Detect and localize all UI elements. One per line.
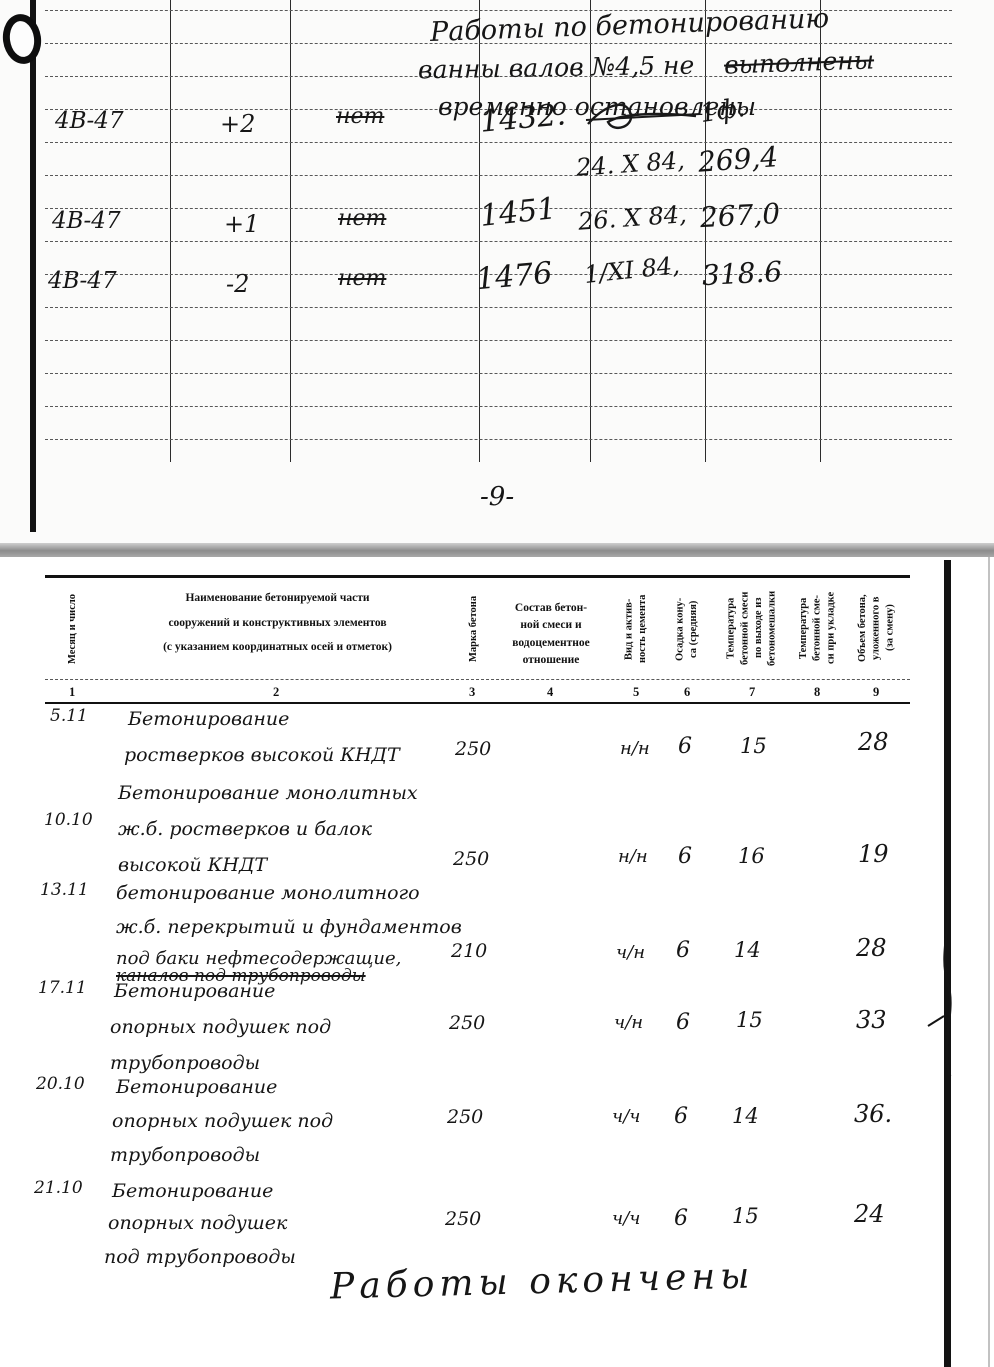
slump-value: 6 bbox=[678, 846, 692, 868]
axes-cell: 4В-47 bbox=[52, 210, 121, 233]
entry-line: ж.б. ростверков и балок bbox=[118, 820, 372, 839]
entry-line: Бетонирование монолитных bbox=[118, 784, 418, 803]
col-number: 9 bbox=[873, 685, 879, 700]
entry-line: трубопроводы bbox=[110, 1146, 260, 1165]
ruled-line bbox=[45, 307, 952, 308]
date-cell: 26. X 84, bbox=[577, 202, 687, 234]
entry-date: 20.10 bbox=[36, 1076, 85, 1093]
axes-cell: 4В-47 bbox=[55, 110, 124, 133]
note-line-2-struck-word: выполнены bbox=[724, 47, 875, 77]
batch-number-cell: 1476 bbox=[475, 259, 554, 296]
volume-value: 28 bbox=[858, 730, 889, 754]
entry-date: 10.10 bbox=[44, 812, 93, 829]
entry-line: Бетонирование bbox=[128, 710, 289, 729]
note-line-2: ванны валов №4,5 не bbox=[418, 53, 695, 83]
entry-line: Бетонирование bbox=[112, 1182, 273, 1201]
slump-value: 6 bbox=[676, 1012, 690, 1034]
entry-line: Бетонирование bbox=[116, 1078, 277, 1097]
entry-line: Бетонирование bbox=[114, 982, 275, 1001]
volume-cell: 318.6 bbox=[701, 258, 783, 290]
grade-value: 250 bbox=[453, 850, 489, 869]
entry-line: опорных подушек bbox=[108, 1214, 287, 1233]
scan-edge-line bbox=[988, 557, 990, 1367]
signature-initials: 1ф. bbox=[698, 95, 746, 127]
ruled-line bbox=[45, 241, 952, 242]
col-number: 6 bbox=[684, 685, 690, 700]
slump-value: 6 bbox=[674, 1106, 688, 1128]
temp-value: 15 bbox=[732, 1206, 759, 1227]
elevation-cell: +1 bbox=[224, 212, 259, 236]
col-number: 1 bbox=[69, 685, 75, 700]
entry-date: 5.11 bbox=[50, 708, 88, 725]
col-number: 4 bbox=[547, 685, 553, 700]
note-cell: нет bbox=[338, 268, 386, 290]
header-col-concrete-grade: Марка бетона bbox=[456, 580, 492, 678]
note-line-1: Работы по бетонированию bbox=[430, 5, 830, 46]
entry-date: 21.10 bbox=[34, 1180, 83, 1197]
axes-cell: 4В-47 bbox=[48, 270, 117, 293]
temp-value: 15 bbox=[740, 736, 767, 757]
entry-line: опорных подушек под bbox=[110, 1018, 331, 1037]
entry-date: 17.11 bbox=[38, 980, 87, 997]
temp-value: 16 bbox=[738, 846, 765, 867]
elevation-cell: +2 bbox=[220, 112, 255, 136]
volume-cell: 267,0 bbox=[699, 200, 781, 232]
volume-value: 24 bbox=[854, 1202, 885, 1226]
ruled-line bbox=[45, 142, 952, 143]
header-col-concrete-volume: Объем бетона, уложенного в (за смену) bbox=[844, 578, 909, 678]
volume-cell: 269,4 bbox=[697, 143, 779, 177]
slump-value: 6 bbox=[678, 736, 692, 758]
cement-value: ч/ч bbox=[612, 1210, 640, 1228]
volume-value: 33 bbox=[856, 1008, 887, 1032]
cement-value: н/н bbox=[620, 740, 650, 758]
entry-line: бетонирование монолитного bbox=[116, 884, 420, 903]
ruled-line bbox=[45, 439, 952, 440]
ruled-line bbox=[45, 373, 952, 374]
entry-date: 13.11 bbox=[40, 882, 89, 899]
date-cell: 1/XI 84, bbox=[583, 253, 681, 287]
entry-line: под трубопроводы bbox=[104, 1248, 296, 1267]
header-col-cement-type: Вид и актив- ность цемента bbox=[611, 580, 661, 678]
scanned-concrete-work-journal: Работы по бетонированию ванны валов №4,5… bbox=[0, 0, 994, 1367]
grade-value: 250 bbox=[455, 740, 491, 759]
grade-value: 210 bbox=[451, 942, 487, 961]
cement-value: ч/н bbox=[614, 1014, 643, 1032]
page-number: -9- bbox=[480, 484, 514, 510]
cement-value: ч/ч bbox=[612, 1108, 640, 1126]
cement-value: н/н bbox=[618, 848, 648, 866]
date-cell: 24. X 84, bbox=[575, 148, 685, 180]
page-separator bbox=[0, 543, 994, 557]
grade-value: 250 bbox=[445, 1210, 481, 1229]
temp-value: 14 bbox=[734, 940, 761, 961]
header-col-mix-temp-mixer: Температура бетонной смеси по выходе из … bbox=[713, 578, 791, 678]
batch-number-cell: 1432. bbox=[479, 100, 567, 137]
ruled-line bbox=[45, 175, 952, 176]
batch-number-cell: 1451 bbox=[479, 194, 558, 232]
column-divider bbox=[290, 0, 291, 462]
col-number: 2 bbox=[273, 685, 279, 700]
entry-line: опорных подушек под bbox=[112, 1112, 333, 1131]
header-col-structure-name: Наименование бетонируемой части сооружен… bbox=[105, 586, 450, 678]
entry-line: ростверков высокой КНДТ bbox=[124, 746, 400, 765]
note-cell: нет bbox=[336, 106, 384, 128]
temp-value: 14 bbox=[732, 1106, 759, 1127]
volume-value: 19 bbox=[858, 842, 889, 866]
signature-scribble bbox=[584, 96, 704, 140]
col-number: 7 bbox=[749, 685, 755, 700]
col-number: 3 bbox=[469, 685, 475, 700]
cement-value: ч/н bbox=[616, 944, 645, 962]
col-number: 8 bbox=[814, 685, 820, 700]
note-cell: нет bbox=[338, 208, 386, 230]
binding-edge-left bbox=[30, 0, 36, 532]
header-underline bbox=[45, 679, 910, 680]
ruled-line bbox=[45, 340, 952, 341]
header-col-slump: Осадка кону- са (средняя) bbox=[663, 580, 711, 678]
grade-value: 250 bbox=[447, 1108, 483, 1127]
header-col-mix-composition: Состав бетон- ной смеси и водоцементное … bbox=[494, 600, 608, 669]
volume-value: 36. bbox=[854, 1102, 892, 1126]
header-col-mix-temp-placing: Температура бетонной сме- си при укладке bbox=[793, 578, 842, 678]
volume-value: 28 bbox=[856, 936, 887, 960]
slump-value: 6 bbox=[676, 940, 690, 962]
numbers-underline bbox=[45, 702, 910, 704]
col-number: 5 bbox=[633, 685, 639, 700]
entry-line: ж.б. перекрытий и фундаментов bbox=[116, 918, 462, 937]
column-divider bbox=[170, 0, 171, 462]
ruled-line bbox=[45, 406, 952, 407]
entry-line: высокой КНДТ bbox=[118, 856, 267, 875]
binder-hole-icon bbox=[0, 12, 44, 67]
crease-mark bbox=[920, 880, 970, 1080]
header-col-month-day: Месяц и число bbox=[46, 580, 100, 678]
elevation-cell: -2 bbox=[226, 272, 249, 296]
entry-line: трубопроводы bbox=[110, 1054, 260, 1073]
slump-value: 6 bbox=[674, 1208, 688, 1230]
temp-value: 15 bbox=[736, 1010, 763, 1031]
grade-value: 250 bbox=[449, 1014, 485, 1033]
